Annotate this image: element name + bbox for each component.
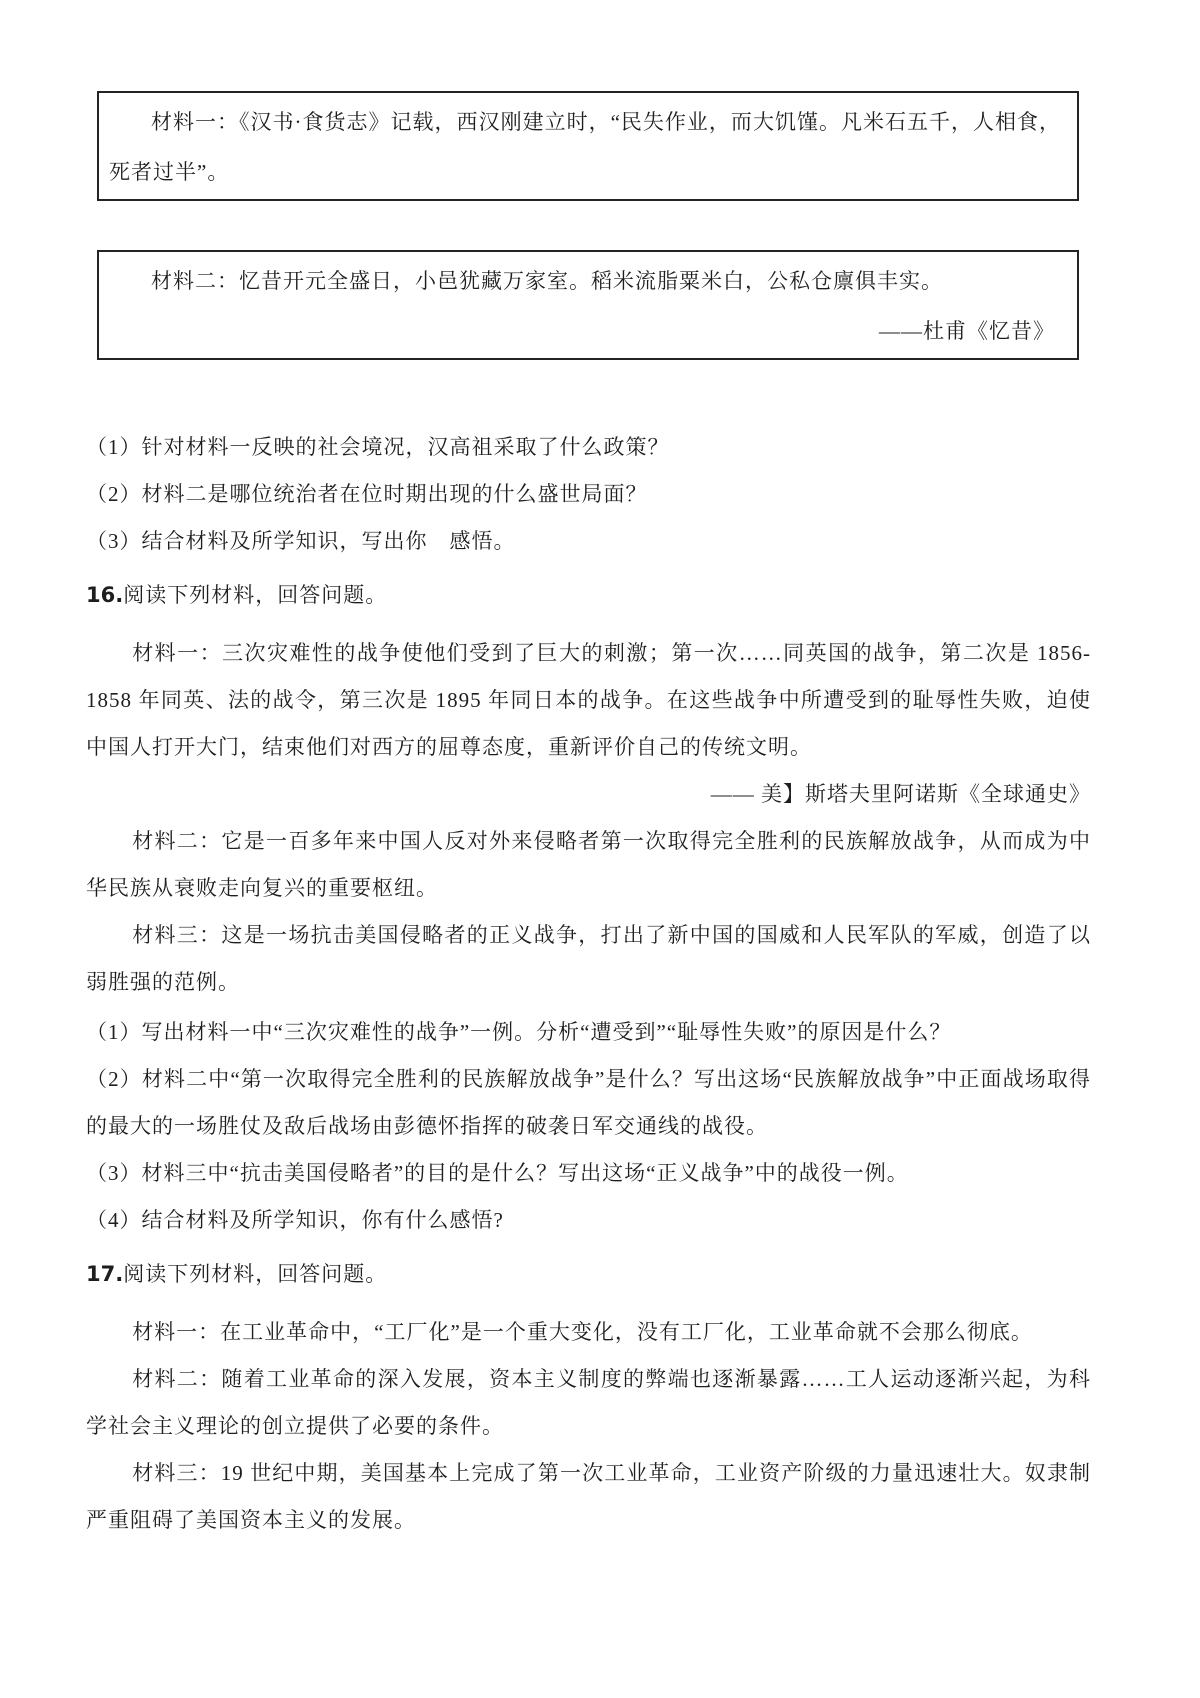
q16-questions: （1）写出材料一中“三次灾难性的战争”一例。分析“遭受到”“耻辱性失败”的原因是…	[86, 1009, 1091, 1244]
q16-heading: 16.阅读下列材料，回答问题。	[86, 572, 1091, 619]
material-two-box: 材料二：忆昔开元全盛日，小邑犹藏万家室。稻米流脂粟米白，公私仓廪俱丰实。 ——杜…	[97, 250, 1079, 360]
q16-material-1: 材料一：三次灾难性的战争使他们受到了巨大的刺激；第一次……同英国的战争，第二次是…	[86, 630, 1091, 771]
q16-material-2: 材料二：它是一百多年来中国人反对外来侵略者第一次取得完全胜利的民族解放战争，从而…	[86, 818, 1091, 912]
q17-heading: 17.阅读下列材料，回答问题。	[86, 1251, 1091, 1298]
q16-number: 16.	[86, 583, 123, 607]
q15-question-1: （1）针对材料一反映的社会境况，汉高祖采取了什么政策？	[86, 424, 1091, 471]
q16-question-2: （2）材料二中“第一次取得完全胜利的民族解放战争”是什么？写出这场“民族解放战争…	[86, 1056, 1091, 1150]
material-one-text: 材料一：《汉书·食货志》记载，西汉刚建立时，“民失作业，而大饥馑。凡米石五千，人…	[109, 97, 1061, 197]
q16-material-3: 材料三：这是一场抗击美国侵略者的正义战争，打出了新中国的国威和人民军队的军威，创…	[86, 912, 1091, 1006]
q16-material-1-attribution: —— 美】斯塔夫里阿诺斯《全球通史》	[86, 771, 1091, 818]
q16-question-3: （3）材料三中“抗击美国侵略者”的目的是什么？写出这场“正义战争”中的战役一例。	[86, 1150, 1091, 1197]
q17-intro: 阅读下列材料，回答问题。	[123, 1262, 387, 1286]
q15-questions: （1）针对材料一反映的社会境况，汉高祖采取了什么政策？ （2）材料二是哪位统治者…	[86, 424, 1091, 565]
q17-material-2: 材料二：随着工业革命的深入发展，资本主义制度的弊端也逐渐暴露……工人运动逐渐兴起…	[86, 1356, 1091, 1450]
q15-question-2: （2）材料二是哪位统治者在位时期出现的什么盛世局面？	[86, 471, 1091, 518]
q15-question-3: （3）结合材料及所学知识，写出你 感悟。	[86, 518, 1091, 565]
q16-intro: 阅读下列材料，回答问题。	[123, 583, 387, 607]
q17-number: 17.	[86, 1262, 123, 1286]
q16-question-4: （4）结合材料及所学知识，你有什么感悟?	[86, 1197, 1091, 1244]
q17-material-1: 材料一：在工业革命中，“工厂化”是一个重大变化，没有工厂化，工业革命就不会那么彻…	[86, 1309, 1091, 1356]
q17-material-3: 材料三：19 世纪中期，美国基本上完成了第一次工业革命，工业资产阶级的力量迅速壮…	[86, 1450, 1091, 1544]
q16-question-1: （1）写出材料一中“三次灾难性的战争”一例。分析“遭受到”“耻辱性失败”的原因是…	[86, 1009, 1091, 1056]
document-page: 材料一：《汉书·食货志》记载，西汉刚建立时，“民失作业，而大饥馑。凡米石五千，人…	[0, 0, 1200, 1698]
material-one-box: 材料一：《汉书·食货志》记载，西汉刚建立时，“民失作业，而大饥馑。凡米石五千，人…	[97, 91, 1079, 201]
material-two-text: 材料二：忆昔开元全盛日，小邑犹藏万家室。稻米流脂粟米白，公私仓廪俱丰实。	[109, 256, 1061, 306]
material-two-attribution: ——杜甫《忆昔》	[109, 306, 1061, 356]
